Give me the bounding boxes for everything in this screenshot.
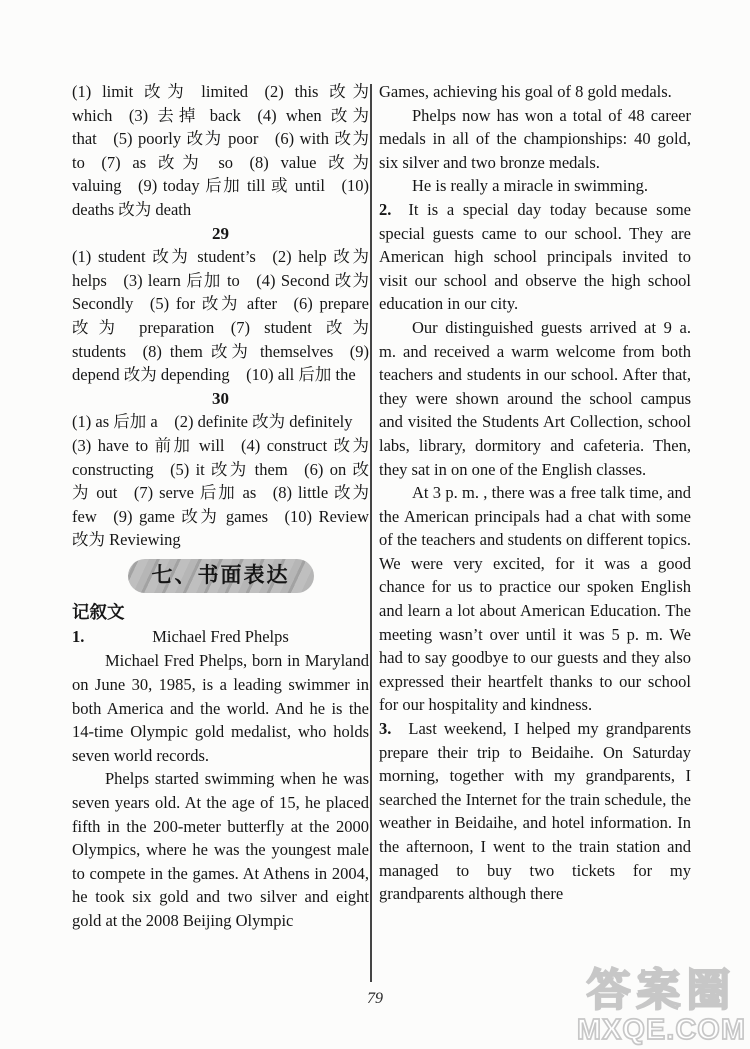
essay1-paragraph-1: Michael Fred Phelps, born in Maryland on… — [72, 649, 369, 767]
essay1-paragraph-3: Phelps now has won a total of 48 career … — [379, 104, 691, 175]
section-heading-wrap: 七、书面表达 — [72, 559, 369, 594]
essay1-paragraph-4: He is really a miracle in swimming. — [379, 174, 691, 198]
essay2-paragraph-1: 2.It is a special day today because some… — [379, 198, 691, 316]
column-divider-line — [370, 84, 372, 982]
scanned-answer-page: (1) limit 改为 limited (2) this 改为 which (… — [0, 0, 750, 1049]
answers-30-text: (1) as 后加 a (2) definite 改为 definitely (… — [72, 410, 369, 552]
watermark-chinese-text: 答案圈 — [577, 968, 746, 1014]
left-column: (1) limit 改为 limited (2) this 改为 which (… — [72, 80, 369, 933]
section-heading-writing: 七、书面表达 — [128, 559, 314, 594]
answers-28-tail: (1) limit 改为 limited (2) this 改为 which (… — [72, 80, 369, 222]
essay1-number: 1. — [72, 625, 84, 649]
essay3-number: 3. — [379, 719, 391, 738]
essay1-title-line: 1. Michael Fred Phelps — [72, 625, 369, 649]
answers-30-heading: 30 — [72, 387, 369, 411]
essay1-paragraph-2-continuation: Games, achieving his goal of 8 gold meda… — [379, 80, 691, 104]
answers-29-text: (1) student 改为 student’s (2) help 改为 hel… — [72, 245, 369, 387]
genre-label: 记叙文 — [72, 599, 369, 625]
essay2-paragraph-1-text: It is a special day today because some s… — [379, 200, 691, 313]
right-column: Games, achieving his goal of 8 gold meda… — [379, 80, 691, 906]
watermark-site-url: MXQE.COM — [577, 1015, 746, 1045]
essay3-paragraph-1: 3.Last weekend, I helped my grandparents… — [379, 717, 691, 906]
essay2-paragraph-3: At 3 p. m. , there was a free talk time,… — [379, 481, 691, 717]
essay3-paragraph-1-text: Last weekend, I helped my grandparents p… — [379, 719, 691, 903]
watermark: 答案圈 MXQE.COM — [577, 968, 746, 1045]
essay1-paragraph-2-left: Phelps started swimming when he was seve… — [72, 767, 369, 932]
essay2-number: 2. — [379, 200, 391, 219]
answers-29-heading: 29 — [72, 222, 369, 246]
essay1-title: Michael Fred Phelps — [72, 625, 369, 649]
essay2-paragraph-2: Our distinguished guests arrived at 9 a.… — [379, 316, 691, 481]
